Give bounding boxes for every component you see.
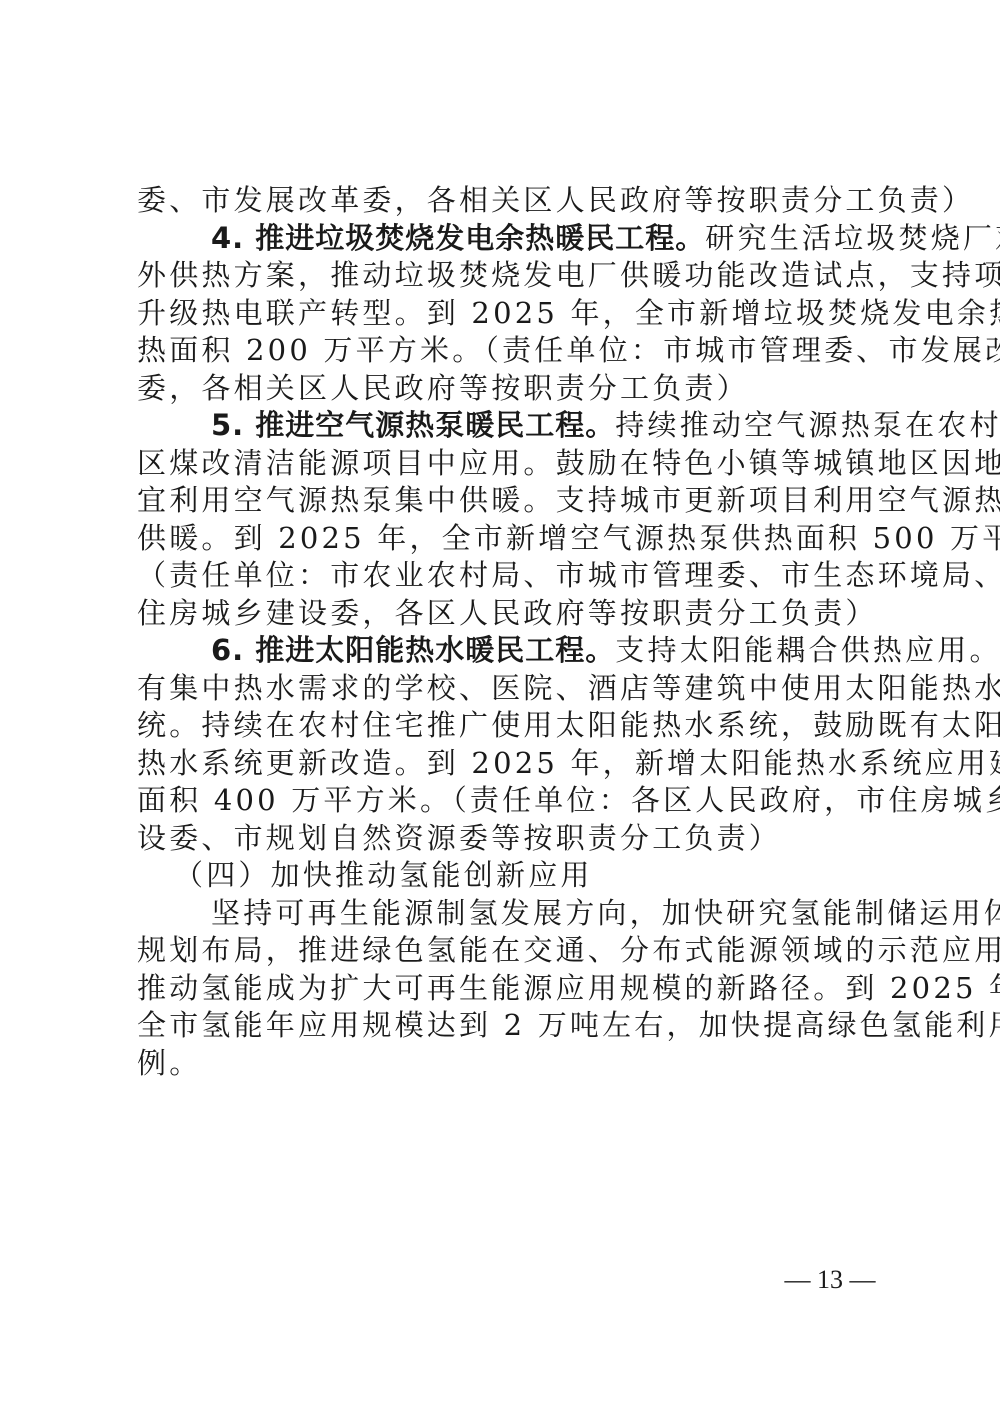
item6-line: 统。持续在农村住宅推广使用太阳能热水系统，鼓励既有太阳能 — [137, 706, 879, 744]
hydrogen-line: 规划布局，推进绿色氢能在交通、分布式能源领域的示范应用， — [137, 931, 879, 969]
paragraph-continuation-line: 委、市发展改革委，各相关区人民政府等按职责分工负责） — [137, 181, 879, 219]
item5-line: 区煤改清洁能源项目中应用。鼓励在特色小镇等城镇地区因地制 — [137, 444, 879, 482]
item4-line: 升级热电联产转型。到 2025 年，全市新增垃圾焚烧发电余热供 — [137, 294, 879, 332]
page-number: — 13 — — [780, 1262, 880, 1298]
item4-line: 委，各相关区人民政府等按职责分工负责） — [137, 369, 879, 407]
item6-title: 6. 推进太阳能热水暖民工程。 — [211, 633, 615, 667]
item4-line: 外供热方案，推动垃圾焚烧发电厂供暖功能改造试点，支持项目 — [137, 256, 879, 294]
hydrogen-line: 全市氢能年应用规模达到 2 万吨左右，加快提高绿色氢能利用比 — [137, 1006, 879, 1044]
item4-title: 4. 推进垃圾焚烧发电余热暖民工程。 — [211, 221, 705, 255]
item5-line: 供暖。到 2025 年，全市新增空气源热泵供热面积 500 万平方米。 — [137, 519, 879, 557]
item5-line: 宜利用空气源热泵集中供暖。支持城市更新项目利用空气源热泵 — [137, 481, 879, 519]
item6-first-line: 6. 推进太阳能热水暖民工程。支持太阳能耦合供热应用。在 — [211, 631, 879, 669]
item6-line: 面积 400 万平方米。（责任单位：各区人民政府，市住房城乡建 — [137, 781, 879, 819]
item6-first-line-text: 支持太阳能耦合供热应用。在 — [615, 633, 1000, 667]
document-page: 委、市发展改革委，各相关区人民政府等按职责分工负责） 4. 推进垃圾焚烧发电余热… — [0, 0, 1000, 1414]
section-heading: （四）加快推动氢能创新应用 — [174, 856, 674, 894]
item5-first-line-text: 持续推动空气源热泵在农村地 — [615, 408, 1000, 442]
item6-line: 有集中热水需求的学校、医院、酒店等建筑中使用太阳能热水系 — [137, 669, 879, 707]
item5-line: 住房城乡建设委，各区人民政府等按职责分工负责） — [137, 594, 879, 632]
item5-line: （责任单位：市农业农村局、市城市管理委、市生态环境局、市 — [137, 556, 879, 594]
item5-first-line: 5. 推进空气源热泵暖民工程。持续推动空气源热泵在农村地 — [211, 406, 879, 444]
hydrogen-line: 例。 — [137, 1044, 879, 1082]
item5-title: 5. 推进空气源热泵暖民工程。 — [211, 408, 615, 442]
item6-line: 设委、市规划自然资源委等按职责分工负责） — [137, 819, 879, 857]
hydrogen-first-line: 坚持可再生能源制氢发展方向，加快研究氢能制储运用体系 — [211, 894, 879, 932]
item4-line: 热面积 200 万平方米。（责任单位：市城市管理委、市发展改革 — [137, 331, 879, 369]
item4-first-line-text: 研究生活垃圾焚烧厂对 — [705, 221, 1000, 255]
item6-line: 热水系统更新改造。到 2025 年，新增太阳能热水系统应用建筑 — [137, 744, 879, 782]
hydrogen-line: 推动氢能成为扩大可再生能源应用规模的新路径。到 2025 年， — [137, 969, 879, 1007]
item4-first-line: 4. 推进垃圾焚烧发电余热暖民工程。研究生活垃圾焚烧厂对 — [211, 219, 879, 257]
